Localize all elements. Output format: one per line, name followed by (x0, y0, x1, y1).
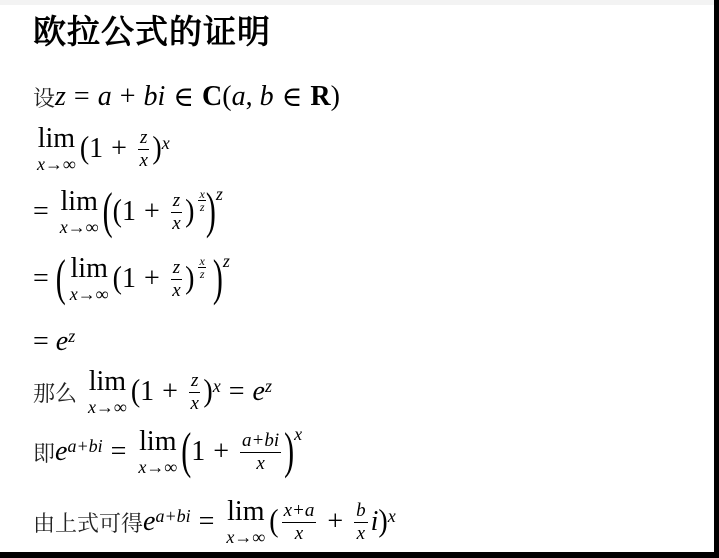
prefix-text: 由上式可得 (33, 507, 143, 538)
math-line-5: = ez (33, 326, 75, 358)
math-line-6: 那么 limx→∞ (1 + zx )x = ez (33, 368, 272, 416)
limit: limx→∞ (226, 498, 265, 546)
limit: limx→∞ (60, 188, 99, 236)
math-line-2: limx→∞ (1 + zx )x (33, 125, 170, 173)
math-line-8: 由上式可得 ea+bi = limx→∞ ( x+ax + bxi )x (33, 498, 396, 546)
math-line-7: 即 ea+bi = limx→∞ (1 + a+bix )x (33, 428, 302, 476)
prefix-text: 即 (33, 437, 55, 468)
prefix-text: 设 (33, 82, 55, 113)
bottom-bar (0, 552, 719, 558)
top-band (0, 0, 715, 5)
math-line-1: 设 z = a + bi ∈ C(a, b ∈ R) (33, 80, 340, 114)
limit: limx→∞ (70, 255, 109, 303)
fraction: zx (138, 128, 149, 171)
limit: limx→∞ (138, 428, 177, 476)
math-line-3: = limx→∞ ( (1 + zx ) xz )z (33, 188, 223, 236)
right-border (714, 0, 719, 558)
limit: limx→∞ (88, 368, 127, 416)
math-line-4: = ( limx→∞ (1 + zx ) xz )z (33, 255, 230, 303)
limit: limx→∞ (37, 125, 76, 173)
page-title: 欧拉公式的证明 (33, 10, 271, 54)
prefix-text: 那么 (33, 377, 77, 408)
